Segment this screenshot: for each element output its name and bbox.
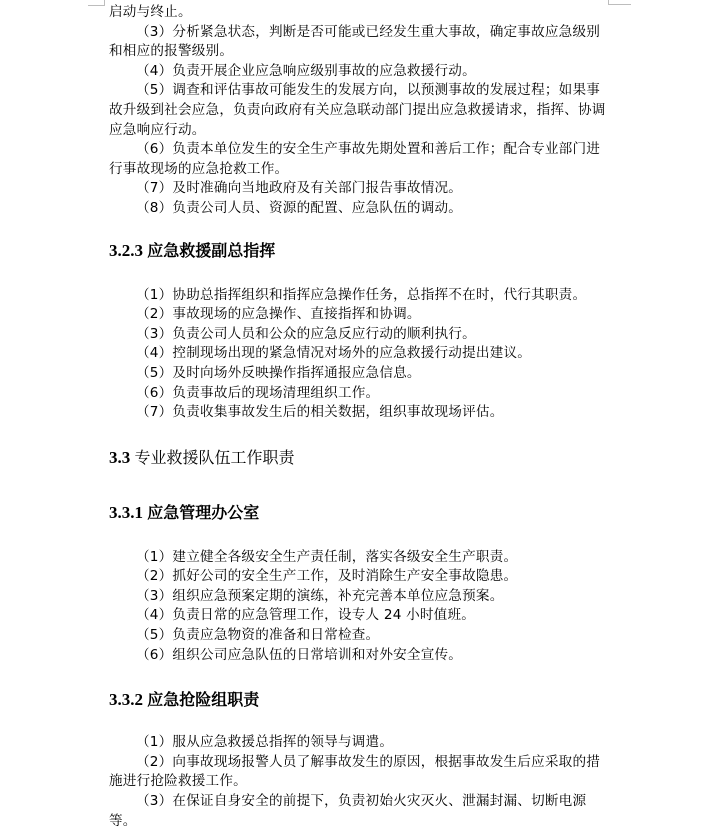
paragraph: （4）负责开展企业应急响应级别事故的应急救援行动。 — [109, 62, 609, 82]
page-corner-mark-left — [88, 0, 105, 6]
list-item: （5）负责应急物资的准备和日常检查。 — [109, 626, 609, 646]
list-item: （6）负责事故后的现场清理组织工作。 — [109, 384, 609, 404]
paragraph: （8）负责公司人员、资源的配置、应急队伍的调动。 — [109, 199, 609, 219]
document-page: 启动与终止。 （3）分析紧急状态，判断是否可能或已经发生重大事故，确定事故应急级… — [109, 3, 609, 831]
list-item: （4）控制现场出现的紧急情况对场外的应急救援行动提出建议。 — [109, 344, 609, 364]
section-3-3-1-list: （1）建立健全各级安全生产责任制，落实各级安全生产职责。 （2）抓好公司的安全生… — [109, 548, 609, 666]
section-title: 专业救援队伍工作职责 — [135, 448, 295, 467]
section-title: 应急管理办公室 — [147, 503, 259, 522]
section-heading-3-2-3: 3.2.3 应急救援副总指挥 — [109, 240, 609, 262]
list-item: （6）组织公司应急队伍的日常培训和对外安全宣传。 — [109, 646, 609, 666]
section-3-3-2-list: （1）服从应急救援总指挥的领导与调遣。 （2）向事故现场报警人员了解事故发生的原… — [109, 733, 609, 831]
section-heading-3-3: 3.3 专业救援队伍工作职责 — [109, 447, 609, 469]
list-item: （2）向事故现场报警人员了解事故发生的原因，根据事故发生后应采取的措施进行抢险救… — [109, 753, 609, 792]
list-item: （1）建立健全各级安全生产责任制，落实各级安全生产职责。 — [109, 548, 609, 568]
section-heading-3-3-1: 3.3.1 应急管理办公室 — [109, 502, 609, 524]
list-item: （1）协助总指挥组织和指挥应急操作任务，总指挥不在时，代行其职责。 — [109, 286, 609, 306]
section-heading-3-3-2: 3.3.2 应急抢险组职责 — [109, 689, 609, 711]
paragraph: （7）及时准确向当地政府及有关部门报告事故情况。 — [109, 179, 609, 199]
list-item: （5）及时向场外反映操作指挥通报应急信息。 — [109, 364, 609, 384]
section-3-2-3-list: （1）协助总指挥组织和指挥应急操作任务，总指挥不在时，代行其职责。 （2）事故现… — [109, 286, 609, 423]
list-item: （7）负责收集事故发生后的相关数据，组织事故现场评估。 — [109, 403, 609, 423]
list-item: （3）负责公司人员和公众的应急反应行动的顺利执行。 — [109, 325, 609, 345]
paragraph: （3）分析紧急状态，判断是否可能或已经发生重大事故，确定事故应急级别和相应的报警… — [109, 23, 609, 62]
section-title: 应急救援副总指挥 — [147, 241, 275, 260]
section-title: 应急抢险组职责 — [147, 690, 259, 709]
section-number: 3.3.1 — [109, 503, 143, 522]
section-number: 3.3.2 — [109, 690, 143, 709]
list-item: （1）服从应急救援总指挥的领导与调遣。 — [109, 733, 609, 753]
list-item: （2）事故现场的应急操作、直接指挥和协调。 — [109, 305, 609, 325]
paragraph: （6）负责本单位发生的安全生产事故先期处置和善后工作；配合专业部门进行事故现场的… — [109, 140, 609, 179]
list-item: （2）抓好公司的安全生产工作，及时消除生产安全事故隐患。 — [109, 567, 609, 587]
section-number: 3.3 — [109, 448, 130, 467]
list-item: （3）组织应急预案定期的演练，补充完善本单位应急预案。 — [109, 587, 609, 607]
list-item: （3）在保证自身安全的前提下，负责初始火灾灭火、泄漏封漏、切断电源等。 — [109, 792, 609, 831]
list-item: （4）负责日常的应急管理工作，设专人 24 小时值班。 — [109, 606, 609, 626]
page-corner-mark-right — [608, 0, 631, 5]
paragraph: （5）调查和评估事故可能发生的发展方向，以预测事故的发展过程；如果事故升级到社会… — [109, 81, 609, 140]
section-number: 3.2.3 — [109, 241, 143, 260]
paragraph: 启动与终止。 — [109, 3, 609, 23]
